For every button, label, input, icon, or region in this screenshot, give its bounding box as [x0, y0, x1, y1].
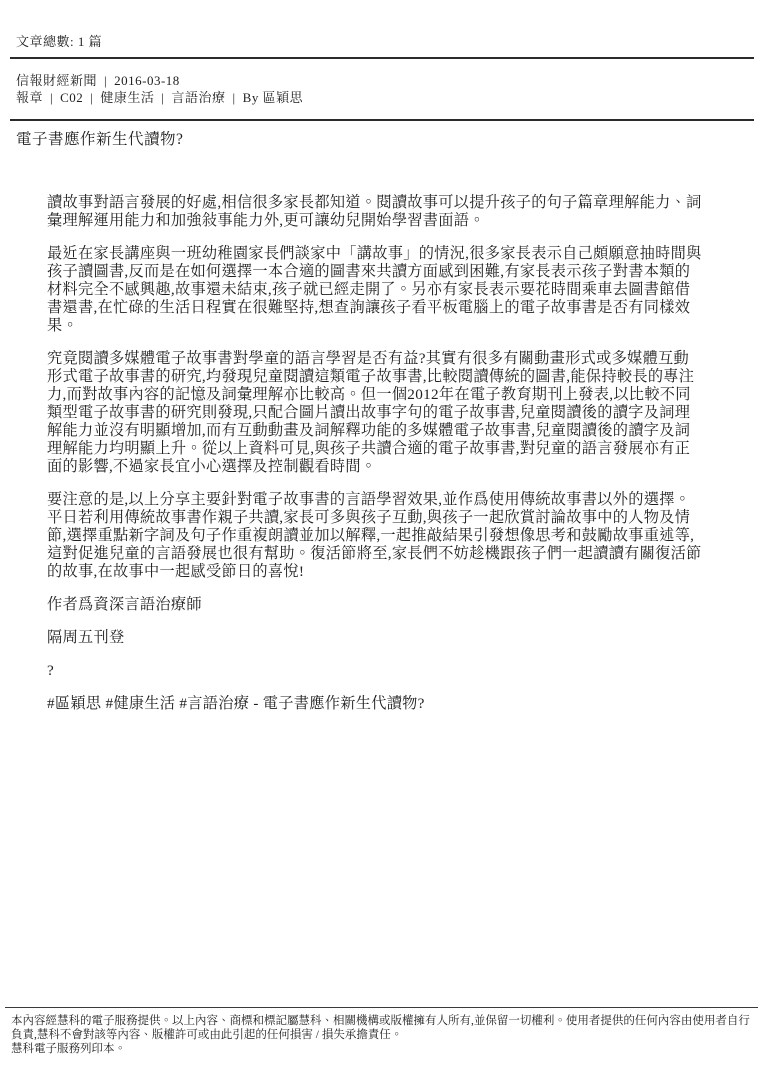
- article-paragraph: 讀故事對語言發展的好處,相信很多家長都知道。閱讀故事可以提升孩子的句子篇章理解能…: [47, 194, 702, 230]
- header-divider: [10, 119, 754, 121]
- publication-name: 信報財經新聞: [16, 73, 97, 88]
- category-column: 言語治療: [172, 90, 226, 105]
- footer-divider: [5, 1007, 758, 1008]
- page-footer: 本內容經慧科的電子服務提供。以上內容、商標和標記屬慧科、相關機構或版權擁有人所有…: [11, 1014, 758, 1056]
- separator: |: [226, 90, 243, 105]
- separator: |: [97, 73, 114, 88]
- article-paragraph: 究竟閱讀多媒體電子故事書對學童的語言學習是否有益?其實有很多有關動畫形式或多媒體…: [47, 350, 702, 476]
- category-media-type: 報章: [16, 90, 43, 105]
- separator: |: [154, 90, 171, 105]
- article-title: 電子書應作新生代讀物?: [16, 130, 183, 150]
- footer-disclaimer: 本內容經慧科的電子服務提供。以上內容、商標和標記屬慧科、相關機構或版權擁有人所有…: [11, 1014, 758, 1042]
- article-paragraph: 最近在家長講座與一班幼稚園家長們談家中「講故事」的情況,很多家長表示自己頗願意抽…: [47, 245, 702, 335]
- hashtags-line: #區穎思 #健康生活 #言語治療 - 電子書應作新生代讀物?: [47, 695, 702, 713]
- meta-source-line: 信報財經新聞|2016-03-18: [16, 72, 303, 89]
- article-count-label: 文章總數: 1 篇: [16, 33, 102, 50]
- category-page-code: C02: [60, 90, 83, 105]
- meta-category-line: 報章|C02|健康生活|言語治療|By 區穎思: [16, 89, 303, 106]
- stray-question-mark: ?: [47, 662, 702, 680]
- article-meta: 信報財經新聞|2016-03-18 報章|C02|健康生活|言語治療|By 區穎…: [16, 72, 303, 106]
- category-section: 健康生活: [100, 90, 154, 105]
- separator: |: [83, 90, 100, 105]
- publication-date: 2016-03-18: [114, 73, 180, 88]
- document-page: 文章總數: 1 篇 信報財經新聞|2016-03-18 報章|C02|健康生活|…: [0, 0, 763, 1080]
- top-divider: [10, 57, 754, 59]
- article-paragraph: 要注意的是,以上分享主要針對電子故事書的言語學習效果,並作爲使用傳統故事書以外的…: [47, 491, 702, 581]
- schedule-note: 隔周五刊登: [47, 629, 702, 647]
- author-byline: By 區穎思: [243, 90, 303, 105]
- footer-print-note: 慧科電子服務列印本。: [11, 1042, 758, 1056]
- separator: |: [43, 90, 60, 105]
- author-note: 作者爲資深言語治療師: [47, 596, 702, 614]
- article-body: 讀故事對語言發展的好處,相信很多家長都知道。閱讀故事可以提升孩子的句子篇章理解能…: [47, 194, 702, 728]
